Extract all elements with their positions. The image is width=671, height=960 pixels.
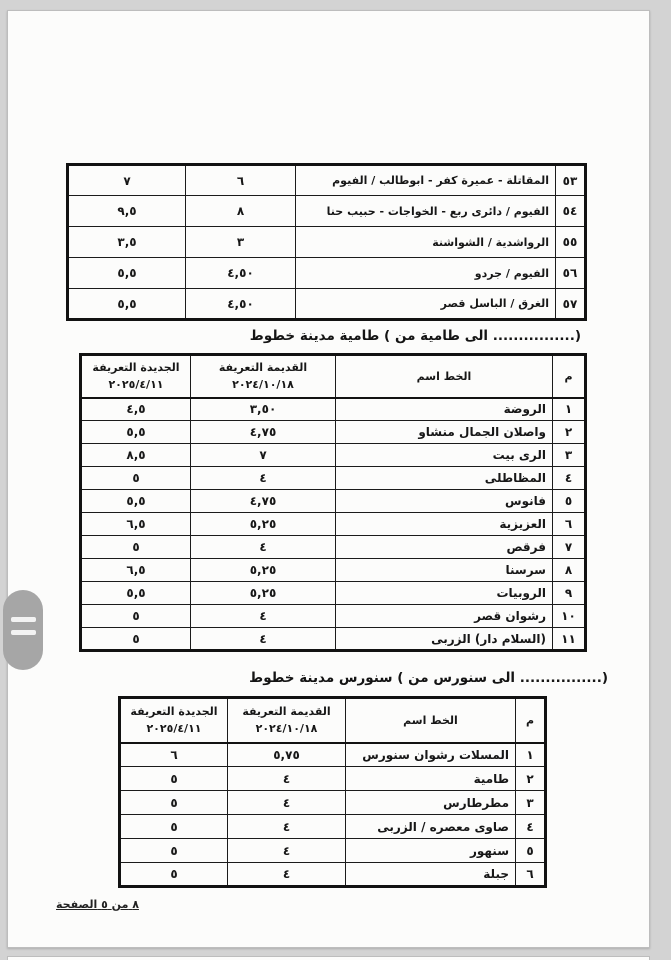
row-number-cell: ٥٤ <box>556 196 586 227</box>
line-name-header: اسم‎ الخط <box>336 355 553 398</box>
old-tariff-cell: ٤ <box>228 767 346 791</box>
old-tariff-cell: ٤,٧٥ <box>191 490 336 513</box>
old-tariff-cell: ٣ <box>186 227 296 258</box>
line-name-cell: المظاطلى <box>336 467 553 490</box>
line-name-cell: طامية <box>346 767 516 791</box>
line-name-cell: سنهور <box>346 839 516 863</box>
new-tariff-cell: ٥ <box>120 767 228 791</box>
old-tariff-cell: ٤ <box>191 628 336 651</box>
line-name-cell: منشاو‎ الجمال‎ واصلان <box>336 421 553 444</box>
row-number-cell: ٤ <box>553 467 586 490</box>
sinnuris-section-title: خطوط‎ مدينة‎ سنورس‎ (‎ من‎ سنورس‎ الى‎ .… <box>188 670 608 686</box>
new-tariff-cell: ٧ <box>68 165 186 196</box>
new-tariff-header: التعريفة‎ الجديدة ٢٠٢٥/٤/١١ <box>81 355 191 398</box>
row-number-cell: ٩ <box>553 582 586 605</box>
line-name-cell: الزربى‎ (دار‎ السلام) <box>336 628 553 651</box>
table-row: ٦ ٥,٧٥ سنورس‎ رشوان‎ المسلات ١ <box>120 743 546 767</box>
new-tariff-cell: ٥,٥ <box>81 582 191 605</box>
old-tariff-cell: ٥,٢٥ <box>191 582 336 605</box>
row-number-cell: ٣ <box>553 444 586 467</box>
row-number-cell: ٣ <box>516 791 546 815</box>
new-tariff-cell: ٥,٥ <box>81 421 191 444</box>
new-tariff-cell: ٥ <box>120 791 228 815</box>
table-header-row: التعريفة‎ الجديدة ٢٠٢٥/٤/١١ التعريفة‎ ال… <box>81 355 586 398</box>
line-name-cell: قصر‎ رشوان <box>336 605 553 628</box>
row-number-cell: ٢ <box>516 767 546 791</box>
old-tariff-cell: ٤ <box>191 467 336 490</box>
next-page-edge <box>7 956 650 960</box>
row-number-cell: ٢ <box>553 421 586 444</box>
line-name-cell: حنا‎ حبيب‎ -‎ الخواجات‎ -‎ ربع‎ دائرى‎ /… <box>296 196 556 227</box>
row-number-cell: ١ <box>553 398 586 421</box>
handle-lines-icon <box>11 630 36 635</box>
new-tariff-cell: ٥ <box>120 815 228 839</box>
line-name-cell: العزيزية <box>336 513 553 536</box>
old-tariff-cell: ٦ <box>186 165 296 196</box>
row-number-cell: ١٠ <box>553 605 586 628</box>
old-tariff-label: التعريفة‎ القديمة <box>197 359 329 376</box>
old-tariff-label: التعريفة‎ القديمة <box>234 703 339 720</box>
tamiya-lines-table: التعريفة‎ الجديدة ٢٠٢٥/٤/١١ التعريفة‎ ال… <box>79 353 587 652</box>
old-tariff-cell: ٤ <box>228 791 346 815</box>
table-row: ٥,٥ ٤,٧٥ منشاو‎ الجمال‎ واصلان ٢ <box>81 421 586 444</box>
table-row: ٦,٥ ٥,٢٥ العزيزية ٦ <box>81 513 586 536</box>
table-row: ٥ ٤ المظاطلى ٤ <box>81 467 586 490</box>
new-tariff-cell: ٥,٥ <box>68 258 186 289</box>
row-number-cell: ٥ <box>516 839 546 863</box>
old-tariff-cell: ٤ <box>228 863 346 887</box>
new-tariff-cell: ٤,٥ <box>81 398 191 421</box>
table-row: ٨,٥ ٧ بيت‎ الرى ٣ <box>81 444 586 467</box>
drawer-handle[interactable] <box>3 590 43 670</box>
old-tariff-cell: ٣,٥٠ <box>191 398 336 421</box>
new-tariff-cell: ٥ <box>81 536 191 559</box>
line-name-cell: فانوس <box>336 490 553 513</box>
table-row: ٥,٥ ٤,٧٥ فانوس ٥ <box>81 490 586 513</box>
table-row: ٥ ٤ مطرطارس ٣ <box>120 791 546 815</box>
line-name-cell: سنورس‎ رشوان‎ المسلات <box>346 743 516 767</box>
table-row: ٥ ٤ جبلة ٦ <box>120 863 546 887</box>
line-name-cell: مطرطارس <box>346 791 516 815</box>
old-tariff-cell: ٤ <box>191 605 336 628</box>
old-tariff-cell: ٤ <box>228 815 346 839</box>
line-name-cell: الشواشنة‎ /‎ الرواشدية <box>296 227 556 258</box>
new-tariff-cell: ٨,٥ <box>81 444 191 467</box>
new-tariff-label: التعريفة‎ الجديدة <box>127 703 221 720</box>
new-tariff-header: التعريفة‎ الجديدة ٢٠٢٥/٤/١١ <box>120 698 228 743</box>
continued-routes-table: ٧ ٦ الفيوم‎ /‎ ابوطالب‎ -‎ كفر‎ عميرة‎ -… <box>66 163 587 321</box>
old-tariff-cell: ٥,٢٥ <box>191 513 336 536</box>
new-tariff-cell: ٩,٥ <box>68 196 186 227</box>
table-row: ٩,٥ ٨ حنا‎ حبيب‎ -‎ الخواجات‎ -‎ ربع‎ دا… <box>68 196 586 227</box>
row-number-header: م <box>516 698 546 743</box>
row-number-cell: ٦ <box>553 513 586 536</box>
new-tariff-cell: ٦,٥ <box>81 559 191 582</box>
line-name-cell: جردو‎ /‎ الفيوم <box>296 258 556 289</box>
new-tariff-date: ٢٠٢٥/٤/١١ <box>127 720 221 737</box>
viewer-screen: ٧ ٦ الفيوم‎ /‎ ابوطالب‎ -‎ كفر‎ عميرة‎ -… <box>0 0 671 960</box>
old-tariff-cell: ٧ <box>191 444 336 467</box>
row-number-cell: ٥٥ <box>556 227 586 258</box>
line-name-cell: بيت‎ الرى <box>336 444 553 467</box>
old-tariff-cell: ٤ <box>228 839 346 863</box>
old-tariff-header: التعريفة‎ القديمة ٢٠٢٤/١٠/١٨ <box>228 698 346 743</box>
old-tariff-cell: ٤,٥٠ <box>186 289 296 320</box>
row-number-cell: ٨ <box>553 559 586 582</box>
tamiya-section-title: خطوط‎ مدينة‎ طامية‎ (‎ من‎ طامية‎ الى‎ .… <box>158 328 581 344</box>
new-tariff-cell: ٥ <box>81 628 191 651</box>
table-row: ٥ ٤ سنهور ٥ <box>120 839 546 863</box>
row-number-cell: ٥٣ <box>556 165 586 196</box>
page-number: الصفحة‎ ٥‎ من‎ ٨ <box>56 898 139 911</box>
table-row: ٧ ٦ الفيوم‎ /‎ ابوطالب‎ -‎ كفر‎ عميرة‎ -… <box>68 165 586 196</box>
table-row: ٥ ٤ طامية ٢ <box>120 767 546 791</box>
line-name-cell: قصر‎ الباسل‎ /‎ الغرق <box>296 289 556 320</box>
table-row: ٦,٥ ٥,٢٥ سرسنا ٨ <box>81 559 586 582</box>
row-number-cell: ٧ <box>553 536 586 559</box>
table-row: ٥ ٤ قصر‎ رشوان ١٠ <box>81 605 586 628</box>
old-tariff-cell: ٨ <box>186 196 296 227</box>
table-row: ٥ ٤ الزربى‎ /‎ معصره‎ صاوى ٤ <box>120 815 546 839</box>
old-tariff-cell: ٤,٧٥ <box>191 421 336 444</box>
table-header-row: التعريفة‎ الجديدة ٢٠٢٥/٤/١١ التعريفة‎ ال… <box>120 698 546 743</box>
old-tariff-cell: ٥,٢٥ <box>191 559 336 582</box>
line-name-cell: الزربى‎ /‎ معصره‎ صاوى <box>346 815 516 839</box>
new-tariff-cell: ٦ <box>120 743 228 767</box>
sinnuris-lines-table: التعريفة‎ الجديدة ٢٠٢٥/٤/١١ التعريفة‎ ال… <box>118 696 547 888</box>
new-tariff-date: ٢٠٢٥/٤/١١ <box>88 376 184 393</box>
line-name-cell: الروبيات <box>336 582 553 605</box>
handle-lines-icon <box>11 617 36 622</box>
new-tariff-cell: ٥ <box>81 605 191 628</box>
row-number-cell: ٥ <box>553 490 586 513</box>
new-tariff-cell: ٥ <box>120 863 228 887</box>
row-number-cell: ٥٦ <box>556 258 586 289</box>
old-tariff-cell: ٥,٧٥ <box>228 743 346 767</box>
table-row: ٥,٥ ٤,٥٠ قصر‎ الباسل‎ /‎ الغرق ٥٧ <box>68 289 586 320</box>
row-number-cell: ١ <box>516 743 546 767</box>
row-number-cell: ١١ <box>553 628 586 651</box>
row-number-cell: ٥٧ <box>556 289 586 320</box>
table-row: ٤,٥ ٣,٥٠ الروضة ١ <box>81 398 586 421</box>
table-row: ٥,٥ ٤,٥٠ جردو‎ /‎ الفيوم ٥٦ <box>68 258 586 289</box>
table-row: ٥ ٤ فرقص ٧ <box>81 536 586 559</box>
new-tariff-cell: ٥ <box>81 467 191 490</box>
line-name-cell: فرقص <box>336 536 553 559</box>
old-tariff-cell: ٤,٥٠ <box>186 258 296 289</box>
row-number-cell: ٦ <box>516 863 546 887</box>
old-tariff-date: ٢٠٢٤/١٠/١٨ <box>197 376 329 393</box>
old-tariff-date: ٢٠٢٤/١٠/١٨ <box>234 720 339 737</box>
table-row: ٥,٥ ٥,٢٥ الروبيات ٩ <box>81 582 586 605</box>
table-row: ٣,٥ ٣ الشواشنة‎ /‎ الرواشدية ٥٥ <box>68 227 586 258</box>
line-name-cell: الروضة <box>336 398 553 421</box>
line-name-header: اسم‎ الخط <box>346 698 516 743</box>
new-tariff-cell: ٦,٥ <box>81 513 191 536</box>
new-tariff-cell: ٥,٥ <box>81 490 191 513</box>
table-row: ٥ ٤ الزربى‎ (دار‎ السلام) ١١ <box>81 628 586 651</box>
old-tariff-header: التعريفة‎ القديمة ٢٠٢٤/١٠/١٨ <box>191 355 336 398</box>
new-tariff-label: التعريفة‎ الجديدة <box>88 359 184 376</box>
new-tariff-cell: ٥,٥ <box>68 289 186 320</box>
line-name-cell: سرسنا <box>336 559 553 582</box>
row-number-cell: ٤ <box>516 815 546 839</box>
line-name-cell: الفيوم‎ /‎ ابوطالب‎ -‎ كفر‎ عميرة‎ -‎ ال… <box>296 165 556 196</box>
row-number-header: م <box>553 355 586 398</box>
new-tariff-cell: ٥ <box>120 839 228 863</box>
new-tariff-cell: ٣,٥ <box>68 227 186 258</box>
line-name-cell: جبلة <box>346 863 516 887</box>
document-page: ٧ ٦ الفيوم‎ /‎ ابوطالب‎ -‎ كفر‎ عميرة‎ -… <box>7 10 650 948</box>
old-tariff-cell: ٤ <box>191 536 336 559</box>
